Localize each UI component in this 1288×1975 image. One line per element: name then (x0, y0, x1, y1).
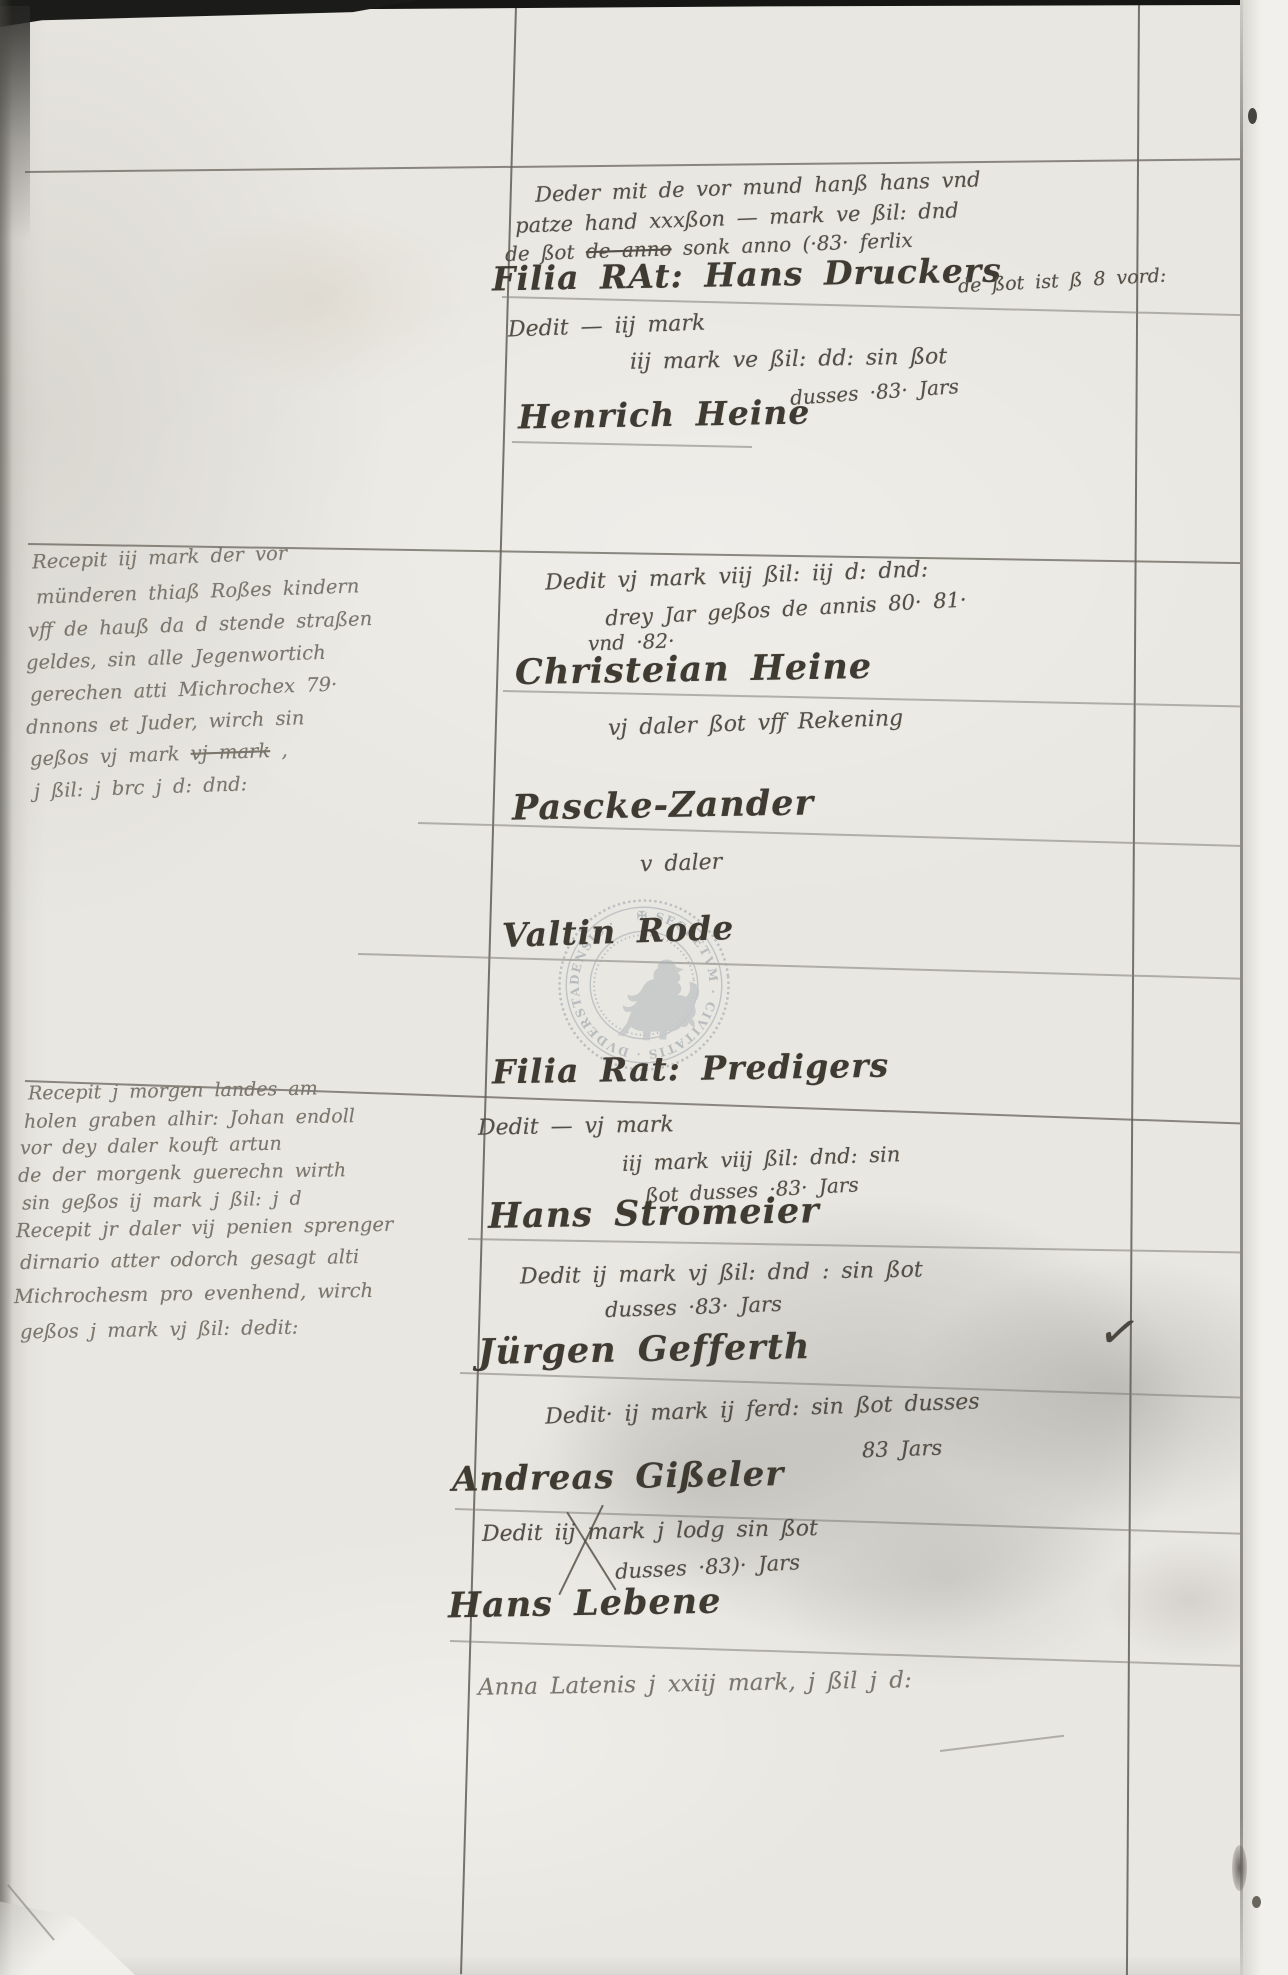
margin-note-3-line-4: geßos j mark vj ßil: dedit: (20, 1318, 299, 1343)
entry-heading-valtin-rode: Valtin Rode (501, 911, 734, 954)
entry-heading-henrich-heine: Henrich Heine (518, 395, 811, 435)
margin-note-1-line-8: j ßil: j brc j d: dnd: (34, 774, 248, 802)
margin-note-3-line-2: dirnario atter odorch gesagt alti (20, 1247, 359, 1273)
margin-note-1-line-7a: geßos vj mark (30, 742, 180, 770)
margin-note-1-line-4: geldes, sin alle Jegenwortich (26, 643, 326, 674)
margin-note-2-line-3: vor dey daler kouft artun (20, 1135, 282, 1160)
right-edge-spot-lower (1252, 1896, 1261, 1908)
row-rule-lebene (450, 1640, 1243, 1666)
margin-note-1-line-7: geßos vj mark vj mark , (30, 741, 288, 770)
entry-heading-juergen-gefferth: Jürgen Gefferth (478, 1329, 811, 1372)
adjacent-page-strip (1243, 0, 1288, 1975)
gefferth-dedit-line-1: Dedit· ij mark ij ferd: sin ßot dusses (545, 1390, 980, 1428)
druckers-dedit-line-3: dusses ·83· Jars (789, 376, 959, 409)
row-rule-top (25, 158, 1245, 172)
margin-note-1-line-1: Recepit iij mark der vor (32, 544, 288, 573)
row-rule-henrich-underline (512, 441, 752, 448)
top-left-dark-wedge (0, 0, 420, 27)
entry-heading-andreas-giseler: Andreas Gißeler (452, 1457, 785, 1498)
row-rule-druckers (502, 296, 1243, 316)
row-rule-rode (358, 953, 1243, 979)
row-rule-christian (503, 690, 1243, 707)
manuscript-page-scan: ✠ SECRETVM · CIVITATIS · DVDERSTADENSIS … (0, 0, 1288, 1975)
column-divider-right (1126, 0, 1140, 1975)
right-edge-smudge (1232, 1845, 1247, 1891)
row-rule-stromeier (468, 1238, 1243, 1253)
predigers-dedit-line-1: Dedit — vj mark (478, 1113, 674, 1140)
stromeier-dedit-line-2: dusses ·83· Jars (605, 1293, 783, 1321)
lebene-final-line: Anna Latenis j xxiij mark, j ßil j d: (478, 1668, 912, 1700)
entry-heading-hans-stromeier: Hans Stromeier (488, 1193, 820, 1236)
bottom-left-corner-light (0, 1870, 135, 1975)
entry-heading-christeian-heine: Christeian Heine (515, 649, 873, 692)
predigers-dedit-line-2: iij mark viij ßil: dnd: sin (622, 1143, 901, 1175)
giseler-dedit-line-1: Dedit iij mark j lodg sin ßot (482, 1517, 818, 1546)
margin-note-2-line-5: sin geßos ij mark j ßil: j d (22, 1190, 302, 1215)
christian-dedit-line-1: Dedit vj mark viij ßil: iij d: dnd: (545, 558, 929, 594)
left-edge-shadow-strip (0, 0, 12, 1975)
margin-note-1-line-3: vff de hauß da d stende straßen (28, 609, 373, 641)
giseler-dedit-line-2: dusses ·83)· Jars (615, 1551, 801, 1583)
margin-note-3-line-3: Michrochesm pro evenhend, wirch (14, 1281, 373, 1308)
entry-heading-pascke-zander: Pascke-Zander (512, 785, 815, 827)
giseler-cross-stroke-1 (558, 1505, 604, 1596)
gefferth-dedit-line-2: 83 Jars (862, 1437, 943, 1462)
margin-note-1-line-5: gerechen atti Michrochex 79· (30, 675, 338, 706)
margin-note-2-line-1: Recepit j morgen landes am (28, 1079, 318, 1104)
entry-heading-hans-druckers: Filia RAt: Hans Druckers (492, 254, 1002, 298)
final-line-flourish (940, 1735, 1064, 1752)
margin-note-1-line-7b: , (281, 739, 288, 762)
druckers-dedit-line-2: iij mark ve ßil: dd: sin ßot (630, 345, 948, 374)
margin-note-1-line-7-struck: vj mark (190, 739, 270, 765)
margin-note-3-line-1: Recepit jr daler vij penien sprenger (16, 1215, 394, 1242)
zander-payment-line: v daler (640, 851, 723, 877)
margin-note-2-line-4: de der morgenk guerechn wirth (18, 1161, 346, 1187)
check-mark: ✓ (1094, 1306, 1144, 1358)
christian-payment-line: vj daler ßot vff Rekening (608, 707, 904, 740)
stromeier-dedit-line-1: Dedit ij mark vj ßil: dnd : sin ßot (520, 1258, 923, 1288)
margin-note-1-line-2: münderen thiaß Roßes kindern (36, 576, 360, 608)
entry-heading-hans-lebene: Hans Lebene (448, 1584, 722, 1626)
margin-note-1-line-6: dnnons et Juder, wirch sin (26, 708, 305, 738)
margin-note-2-line-2: holen graben alhir: Johan endoll (24, 1107, 355, 1133)
entry-heading-filia-predigers: Filia Rat: Predigers (492, 1049, 890, 1091)
druckers-dedit-line-1: Dedit — iij mark (508, 312, 706, 342)
right-edge-ink-spot (1248, 108, 1257, 124)
christian-dedit-line-2: drey Jar geßos de annis 80· 81· (605, 589, 968, 630)
